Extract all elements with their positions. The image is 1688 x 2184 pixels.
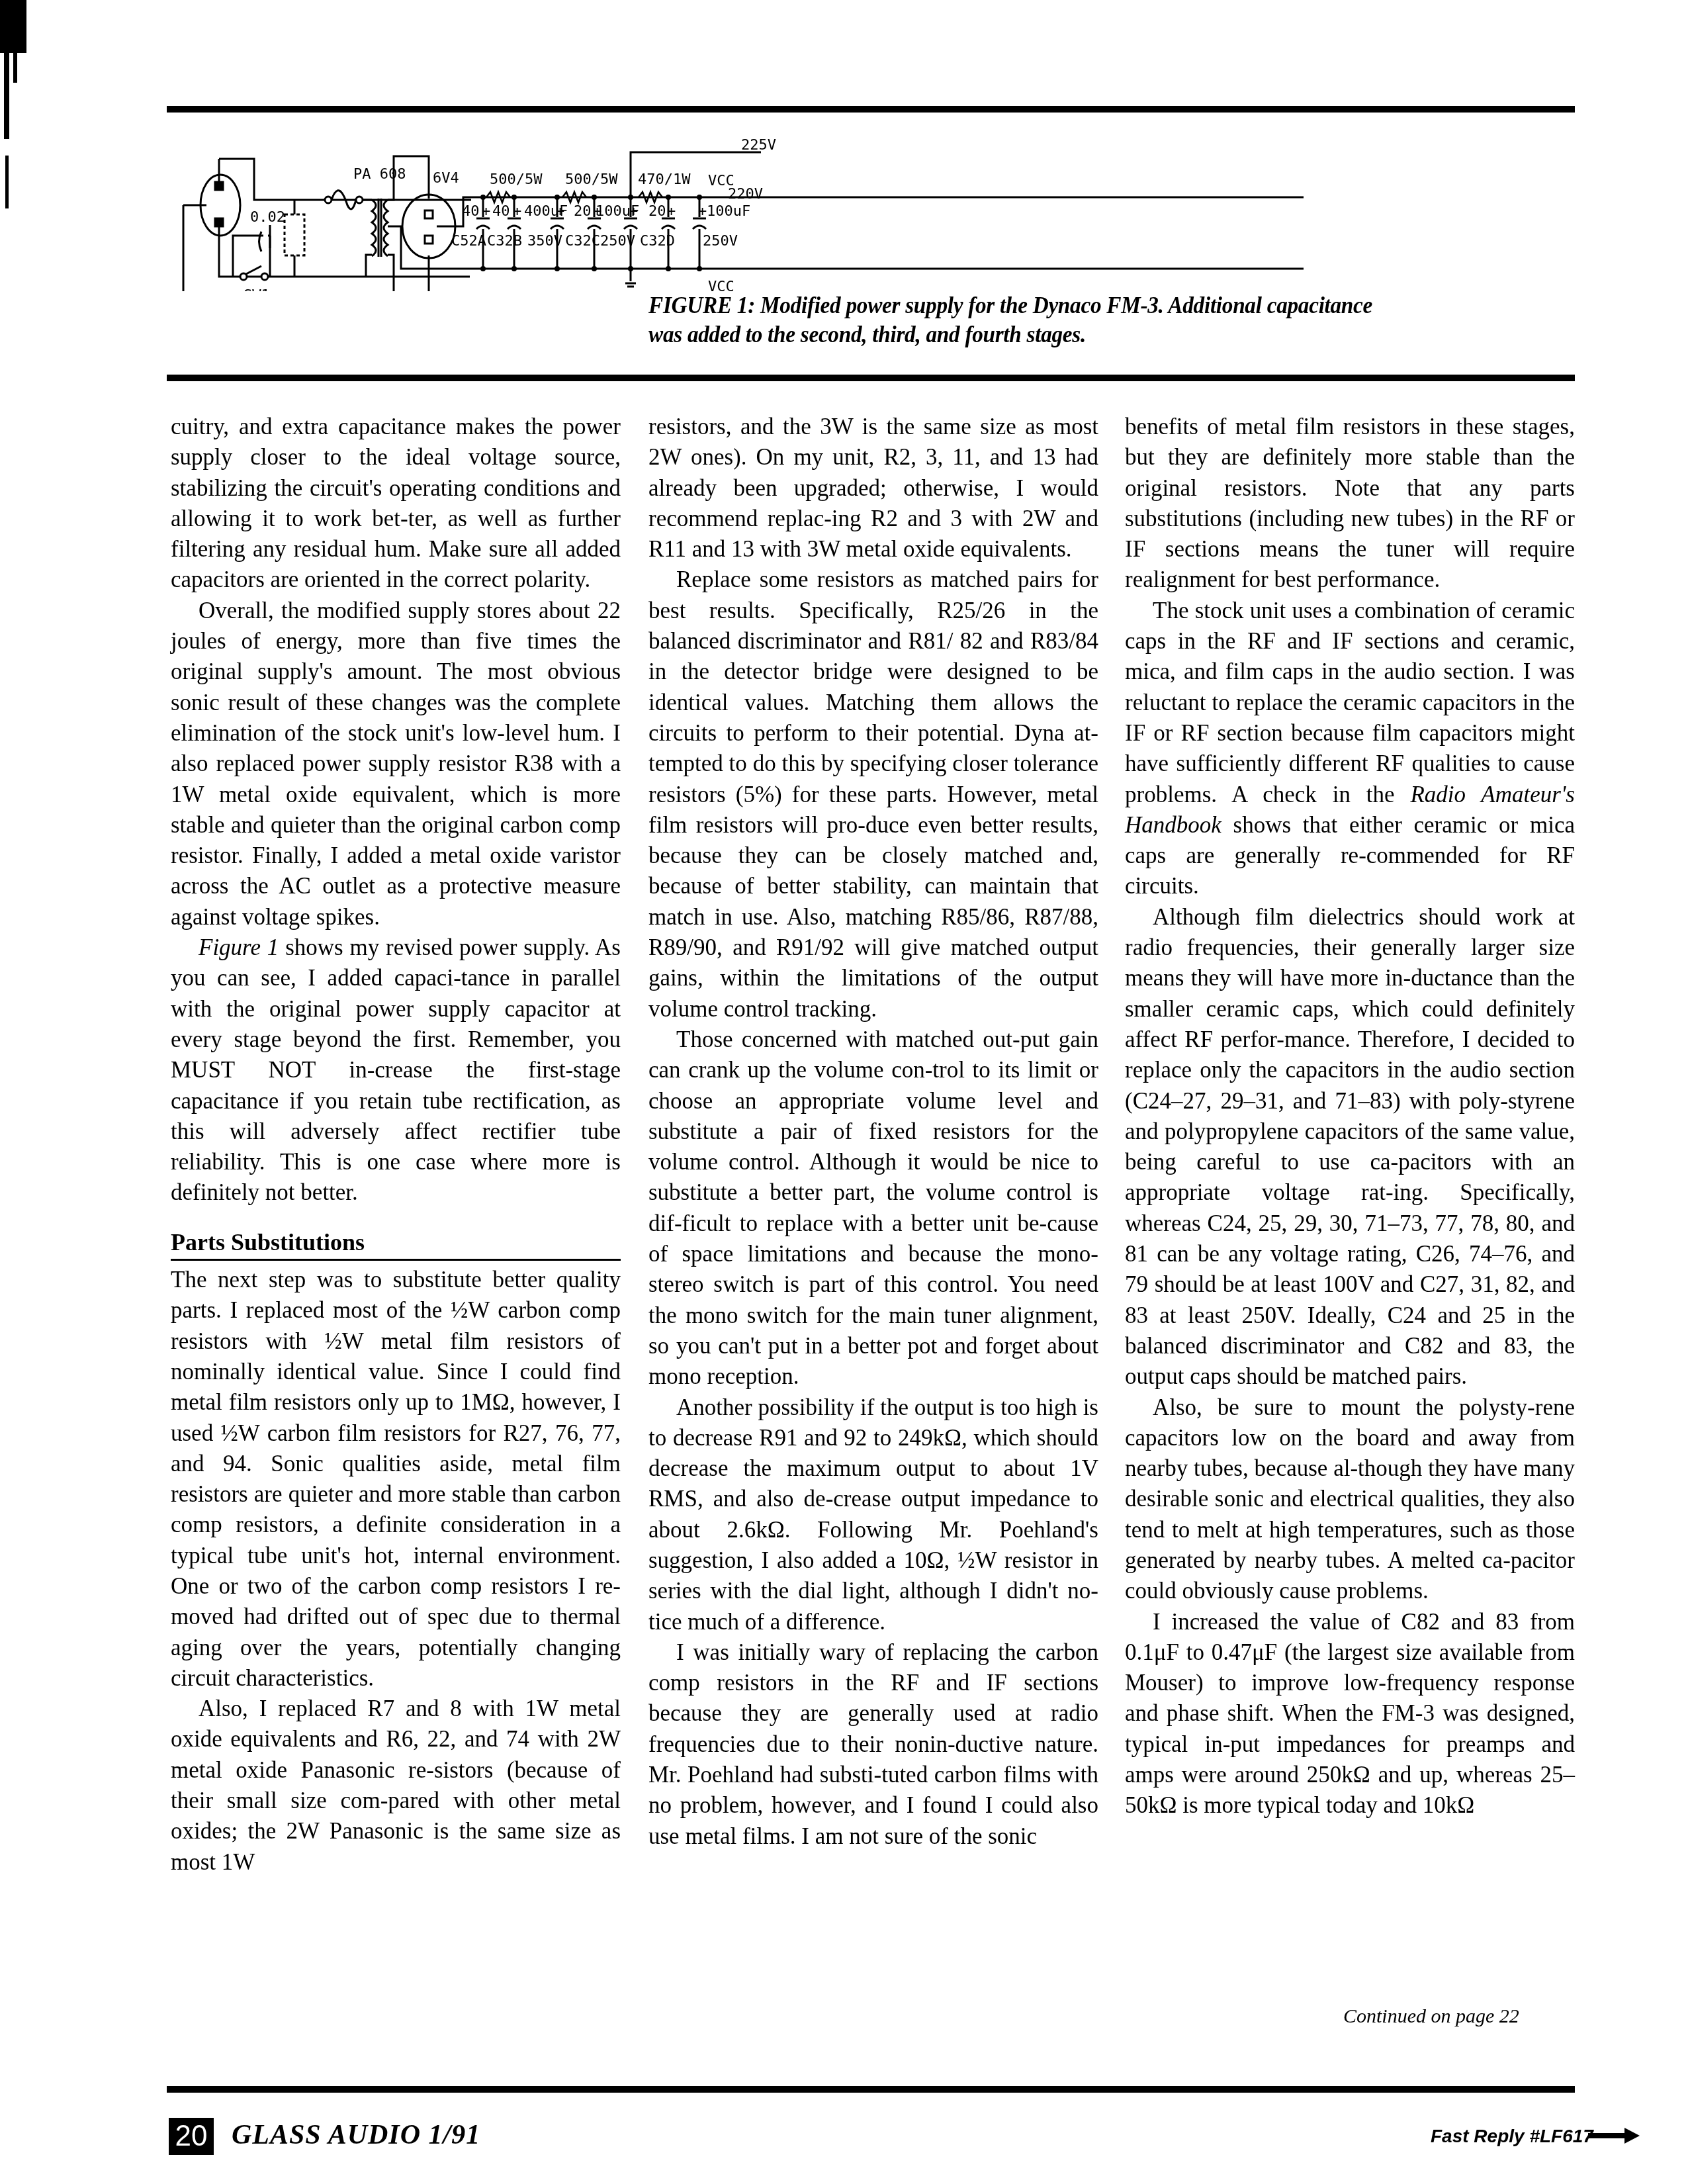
scan-edge-mark: [5, 156, 9, 208]
paragraph: Overall, the modified supply stores abou…: [171, 596, 621, 933]
plus-sign: +: [698, 203, 707, 220]
bottom-rule: [167, 2086, 1575, 2093]
paragraph: benefits of metal film resistors in thes…: [1125, 412, 1575, 596]
fuse-label: PA 608: [353, 166, 406, 183]
tube-label: 6V4: [433, 170, 459, 187]
resistor-1-label: 500/5W: [490, 171, 543, 188]
resistor-3-label: 470/1W: [638, 171, 691, 188]
publication-title: GLASS AUDIO 1/91: [232, 2119, 480, 2151]
fast-reply-code: Fast Reply #LF617: [1431, 2126, 1593, 2147]
scan-edge-mark: [4, 53, 9, 139]
added-cap-3-voltage: 250V: [703, 233, 738, 250]
column-right: benefits of metal film resistors in thes…: [1125, 412, 1575, 1821]
c32c-value: 20: [574, 203, 592, 220]
added-cap-1-voltage: 350V: [527, 233, 562, 250]
top-rule: [167, 106, 1575, 113]
resistor-2-label: 500/5W: [565, 171, 618, 188]
voltage-220: 220V: [728, 186, 763, 203]
plus-sign: +: [629, 203, 638, 220]
c32d-label: C32D: [640, 233, 675, 250]
added-cap-3-value: 100uF: [707, 203, 750, 220]
column-middle: resistors, and the 3W is the same size a…: [648, 412, 1098, 1852]
paragraph: Also, I replaced R7 and 8 with 1W metal …: [171, 1694, 621, 1878]
c32c-label: C32C: [565, 233, 600, 250]
plus-sign: +: [667, 203, 676, 220]
paragraph: I was initially wary of replacing the ca…: [648, 1637, 1098, 1852]
plus-sign: +: [482, 203, 490, 220]
vcc-bottom-label: VCC: [708, 279, 734, 291]
right-arrow-icon: [1588, 2126, 1641, 2146]
continued-note: Continued on page 22: [1343, 2005, 1519, 2028]
column-left: cuitry, and extra capacitance makes the …: [171, 412, 621, 1878]
paragraph-text: shows my revised power supply. As you ca…: [171, 934, 621, 1205]
paragraph: Replace some resistors as matched pairs …: [648, 565, 1098, 1024]
figure-reference: Figure 1: [199, 934, 279, 960]
paragraph: Another possibility if the output is too…: [648, 1392, 1098, 1637]
figure-bottom-rule: [167, 375, 1575, 381]
paragraph: Those concerned with matched out-put gai…: [648, 1024, 1098, 1392]
voltage-225: 225V: [741, 137, 776, 154]
c52a-label: C52A: [451, 233, 486, 250]
caption-line-2: was added to the second, third, and four…: [648, 320, 1529, 349]
plus-sign: +: [556, 203, 564, 220]
section-heading: Parts Substitutions: [171, 1227, 621, 1261]
cap-label: 0.02: [250, 209, 285, 226]
paragraph: resistors, and the 3W is the same size a…: [648, 412, 1098, 565]
paragraph: Although film dielectrics should work at…: [1125, 902, 1575, 1392]
paragraph-text: The stock unit uses a combination of cer…: [1125, 598, 1575, 807]
c52a-value: 40: [462, 203, 480, 220]
paragraph: Figure 1 shows my revised power supply. …: [171, 933, 621, 1208]
paragraph: Also, be sure to mount the polysty-rene …: [1125, 1392, 1575, 1607]
paragraph: I increased the value of C82 and 83 from…: [1125, 1607, 1575, 1821]
paragraph: The stock unit uses a combination of cer…: [1125, 596, 1575, 902]
scan-edge-mark: [13, 53, 17, 83]
c32d-value: 20: [648, 203, 666, 220]
figure-caption: FIGURE 1: Modified power supply for the …: [648, 291, 1529, 349]
page-number: 20: [169, 2118, 214, 2155]
c32b-label: C32B: [487, 233, 522, 250]
plus-sign: +: [513, 203, 521, 220]
switch-label: SW1: [244, 287, 270, 291]
paragraph: cuitry, and extra capacitance makes the …: [171, 412, 621, 596]
caption-line-1: FIGURE 1: Modified power supply for the …: [648, 291, 1529, 320]
c32b-value: 40: [492, 203, 510, 220]
scan-edge-mark: [0, 0, 26, 53]
paragraph: The next step was to substitute better q…: [171, 1265, 621, 1694]
added-cap-2-voltage: 250V: [600, 233, 635, 250]
schematic-labels: PA 608 6V4 0.02 SW1 500/5W 500/5W 470/1W…: [165, 113, 1575, 291]
